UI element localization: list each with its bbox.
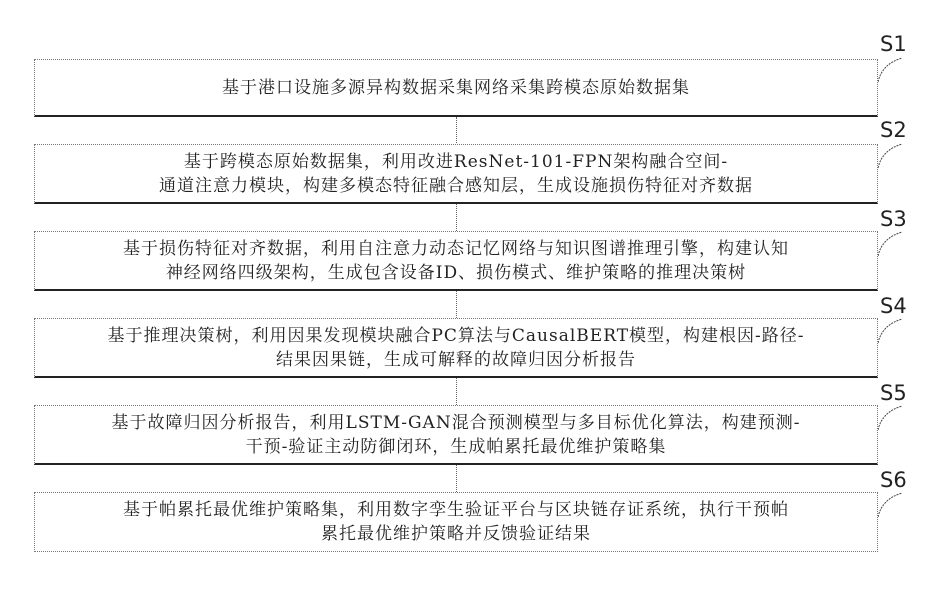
step-label-s5: S5: [880, 381, 907, 405]
step-box-s4: 基于推理决策树，利用因果发现模块融合PC算法与CausalBERT模型，构建根因…: [34, 318, 878, 378]
connector-s3-s4: [456, 291, 457, 318]
connector-s4-s5: [456, 378, 457, 405]
step-text: 基于帕累托最优维护策略集，利用数字孪生验证平台与区块链存证系统，执行干预帕: [123, 498, 789, 522]
step-box-s5: 基于故障归因分析报告，利用LSTM-GAN混合预测模型与多目标优化算法，构建预测…: [34, 405, 878, 465]
connector-s1-s2: [456, 117, 457, 147]
leader-line-s3: [876, 230, 906, 260]
step-box-s3: 基于损伤特征对齐数据，利用自注意力动态记忆网络与知识图谱推理引擎，构建认知 神经…: [34, 231, 878, 291]
step-label-s1: S1: [880, 32, 907, 56]
step-text: 基于港口设施多源异构数据采集网络采集跨模态原始数据集: [222, 76, 690, 100]
connector-s2-s3: [456, 204, 457, 231]
step-box-s1: 基于港口设施多源异构数据采集网络采集跨模态原始数据集: [34, 59, 878, 117]
leader-line-s6: [876, 491, 906, 521]
step-text: 累托最优维护策略并反馈验证结果: [321, 522, 591, 546]
step-text: 基于故障归因分析报告，利用LSTM-GAN混合预测模型与多目标优化算法，构建预测…: [112, 411, 801, 435]
step-text: 干预-验证主动防御闭环，生成帕累托最优维护策略集: [246, 435, 667, 459]
step-box-s2: 基于跨模态原始数据集，利用改进ResNet-101-FPN架构融合空间- 通道注…: [34, 144, 878, 204]
step-text: 神经网络四级架构，生成包含设备ID、损伤模式、维护策略的推理决策树: [166, 261, 746, 285]
step-text: 基于损伤特征对齐数据，利用自注意力动态记忆网络与知识图谱推理引擎，构建认知: [123, 237, 789, 261]
step-box-s6: 基于帕累托最优维护策略集，利用数字孪生验证平台与区块链存证系统，执行干预帕 累托…: [34, 492, 878, 552]
leader-line-s1: [876, 56, 906, 86]
step-label-s2: S2: [880, 118, 907, 142]
step-text: 结果因果链，生成可解释的故障归因分析报告: [276, 348, 636, 372]
leader-line-s4: [876, 317, 906, 347]
step-text: 基于跨模态原始数据集，利用改进ResNet-101-FPN架构融合空间-: [184, 150, 728, 174]
step-label-s6: S6: [880, 468, 907, 492]
step-label-s4: S4: [880, 294, 907, 318]
step-label-s3: S3: [880, 207, 907, 231]
step-text: 通道注意力模块，构建多模态特征融合感知层，生成设施损伤特征对齐数据: [159, 174, 753, 198]
connector-s5-s6: [456, 465, 457, 492]
leader-line-s2: [876, 142, 906, 172]
leader-line-s5: [876, 404, 906, 434]
step-text: 基于推理决策树，利用因果发现模块融合PC算法与CausalBERT模型，构建根因…: [107, 324, 804, 348]
